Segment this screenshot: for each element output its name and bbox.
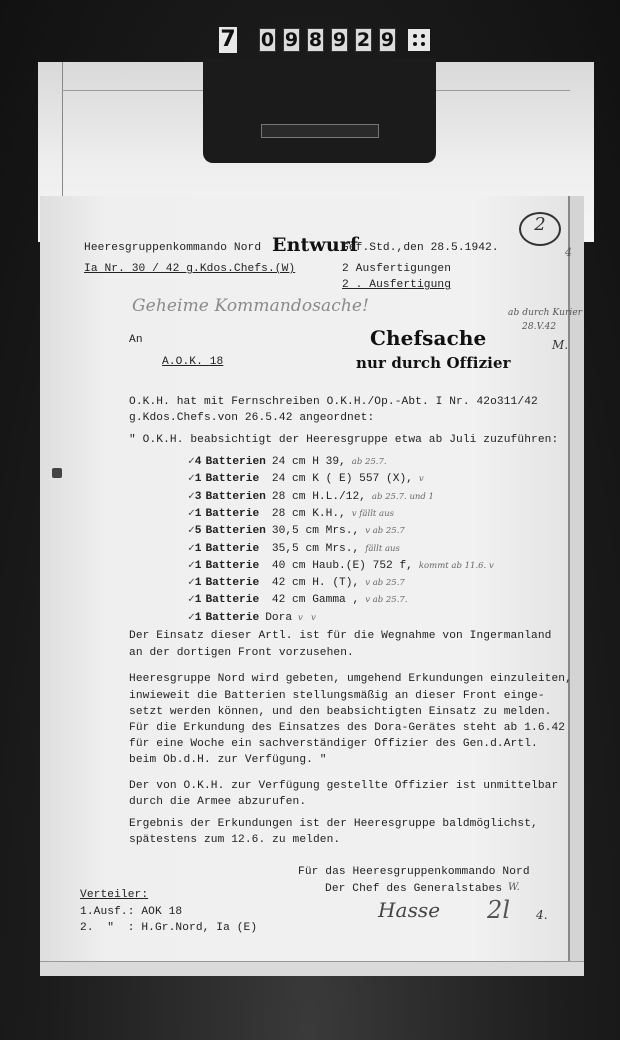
battery-entry: 3 [195, 491, 202, 503]
battery-entry: 1 [195, 612, 202, 624]
binder-clip [203, 58, 436, 163]
paragraph-line: Der Einsatz dieser Artl. ist für die Weg… [129, 630, 551, 642]
paragraph-line: für eine Woche ein sachverständiger Offi… [129, 738, 538, 750]
paragraph-line: setzt werden können, und den beabsichtig… [129, 706, 551, 718]
paragraph-line: Für die Erkundung des Einsatzes des Dora… [129, 722, 565, 734]
battery-entry: 1 [195, 594, 202, 606]
battery-unit: Batterie [205, 543, 265, 555]
checkmark-icon: ✓ [188, 456, 195, 468]
battery-entry: 4 [195, 456, 202, 468]
battery-unit: Batterie [205, 508, 265, 520]
battery-entry: 1 [195, 577, 202, 589]
paragraph-line: durch die Armee abzurufen. [129, 796, 306, 808]
sender: Heeresgruppenkommando Nord [84, 242, 261, 254]
copy-number: 2 . Ausfertigung [342, 279, 451, 291]
battery-list-item: ✓1Batterie 42 cm H. (T),v ab 25.7 [188, 575, 405, 589]
handwritten-note: fällt aus [365, 544, 400, 554]
intro-line: O.K.H. hat mit Fernschreiben O.K.H./Op.-… [129, 396, 538, 408]
battery-entry: 1 [195, 473, 202, 485]
battery-unit: Batterien [205, 491, 265, 503]
battery-unit: Batterien [205, 456, 265, 468]
signature-line: Der Chef des Generalstabes [325, 883, 502, 895]
checkmark-icon: ✓ [188, 560, 195, 572]
battery-weapon: 28 cm K.H., [272, 508, 346, 520]
handwritten-note: ab 25.7. und 1 [372, 492, 434, 502]
page-marker-circle: 2 [519, 212, 561, 246]
handwritten-note: kommt ab 11.6. v [419, 561, 494, 571]
battery-unit: Batterie [205, 612, 259, 624]
handwritten-courier-date: 28.V.42 [522, 322, 556, 332]
battery-unit: Batterien [205, 525, 265, 537]
handwritten-note: v fällt aus [352, 509, 394, 519]
battery-entry: 1 [195, 543, 202, 555]
handwritten-note: v ab 25.7 [365, 526, 405, 536]
battery-weapon: 24 cm K ( E) 557 (X), [272, 473, 413, 485]
handwritten-note: v v [298, 613, 316, 623]
battery-list-item: ✓1Batterie 40 cm Haub.(E) 752 f,kommt ab… [188, 558, 494, 572]
battery-weapon: 35,5 cm Mrs., [272, 543, 359, 555]
counter-digit: 9 [331, 28, 348, 52]
checkmark-icon: ✓ [188, 594, 195, 606]
paragraph-line: spätestens zum 12.6. zu melden. [129, 834, 340, 846]
battery-weapon: 28 cm H.L./12, [272, 491, 366, 503]
battery-weapon: 42 cm H. (T), [272, 577, 359, 589]
battery-weapon: 42 cm Gamma , [272, 594, 359, 606]
battery-weapon: 24 cm H 39, [272, 456, 346, 468]
paragraph-line: Heeresgruppe Nord wird gebeten, umgehend… [129, 673, 572, 685]
checkmark-icon: ✓ [188, 543, 195, 555]
battery-list-item: ✓1Batterie 24 cm K ( E) 557 (X),v [188, 471, 424, 485]
reference-number: Ia Nr. 30 / 42 g.Kdos.Chefs.(W) [84, 263, 295, 275]
counter-digit: 0 [259, 28, 276, 52]
battery-unit: Batterie [205, 577, 265, 589]
counter-digit: 9 [283, 28, 300, 52]
signature-mark: 2l [487, 896, 510, 924]
signature-line: Für das Heeresgruppenkommando Nord [298, 866, 530, 878]
counter-digit: 2 [355, 28, 372, 52]
distribution-label: Verteiler: [80, 889, 148, 901]
battery-weapon: 30,5 cm Mrs., [272, 525, 359, 537]
distribution-entry: 1.Ausf.: AOK 18 [80, 906, 182, 918]
recipient-label: An [129, 334, 143, 346]
counter-dots-icon [408, 29, 430, 51]
battery-list-item: ✓1Batterie 28 cm K.H.,v fällt aus [188, 506, 394, 520]
checkmark-icon: ✓ [188, 508, 195, 520]
copies-total: 2 Ausfertigungen [342, 263, 451, 275]
battery-list-item: ✓4Batterien24 cm H 39,ab 25.7. [188, 454, 387, 468]
handwritten-note: v ab 25.7. [365, 595, 407, 605]
recipient: A.O.K. 18 [162, 356, 223, 368]
counter-digit: 9 [379, 28, 396, 52]
quote-intro: " O.K.H. beabsichtigt der Heeresgruppe e… [129, 434, 558, 446]
checkmark-icon: ✓ [188, 473, 195, 485]
battery-list-item: ✓5Batterien30,5 cm Mrs.,v ab 25.7 [188, 523, 405, 537]
battery-unit: Batterie [205, 473, 265, 485]
battery-weapon: Dora [265, 612, 292, 624]
place-date: Gef.Std.,den 28.5.1942. [342, 242, 499, 254]
checkmark-icon: ✓ [188, 577, 195, 589]
handwritten-signature: Hasse [378, 898, 440, 922]
page-bottom-edge [40, 961, 584, 976]
film-frame-counter: 7 0 9 8 9 2 9 [219, 26, 430, 54]
chief-stamp: Chefsache [370, 326, 486, 350]
paragraph-line: Der von O.K.H. zur Verfügung gestellte O… [129, 780, 558, 792]
distribution-entry: 2. " : H.Gr.Nord, Ia (E) [80, 922, 257, 934]
document-page: Heeresgruppenkommando Nord Entwurf Gef.S… [40, 196, 584, 976]
battery-list-item: ✓1Batterie 35,5 cm Mrs.,fällt aus [188, 541, 400, 555]
handwritten-note: v [419, 474, 424, 484]
battery-list-item: ✓3Batterien28 cm H.L./12,ab 25.7. und 1 [188, 489, 434, 503]
handwritten-note: ab 25.7. [352, 457, 387, 467]
paragraph-line: inwieweit die Batterien stellungsmäßig a… [129, 690, 545, 702]
checkmark-icon: ✓ [188, 491, 195, 503]
handwritten-initial: M. [552, 338, 568, 352]
counter-lead-digit: 7 [219, 27, 237, 53]
checkmark-icon: ✓ [188, 525, 195, 537]
paragraph-line: Ergebnis der Erkundungen ist der Heeresg… [129, 818, 538, 830]
battery-weapon: 40 cm Haub.(E) 752 f, [272, 560, 413, 572]
paragraph-line: an der dortigen Front vorzusehen. [129, 647, 354, 659]
checkmark-icon: ✓ [188, 612, 195, 624]
counter-digit: 8 [307, 28, 324, 52]
paragraph-line: beim Ob.d.H. zur Verfügung. " [129, 754, 327, 766]
signature-initial: W. [508, 882, 520, 893]
punch-hole [52, 468, 62, 478]
chief-stamp-subline: nur durch Offizier [356, 354, 511, 372]
battery-list-item: ✓1Batterie 42 cm Gamma ,v ab 25.7. [188, 592, 408, 606]
battery-list-item: ✓1BatterieDorav v [188, 610, 316, 624]
intro-line: g.Kdos.Chefs.von 26.5.42 angeordnet: [129, 412, 374, 424]
battery-entry: 5 [195, 525, 202, 537]
signature-end-mark: 4. [536, 908, 548, 922]
handwritten-courier-note: ab durch Kurier [508, 308, 582, 318]
battery-entry: 1 [195, 560, 202, 572]
margin-mark: 4 [565, 246, 572, 259]
classification-stamp: Geheime Kommandosache! [132, 296, 369, 316]
battery-entry: 1 [195, 508, 202, 520]
handwritten-note: v ab 25.7 [365, 578, 405, 588]
battery-unit: Batterie [205, 560, 265, 572]
battery-unit: Batterie [205, 594, 265, 606]
